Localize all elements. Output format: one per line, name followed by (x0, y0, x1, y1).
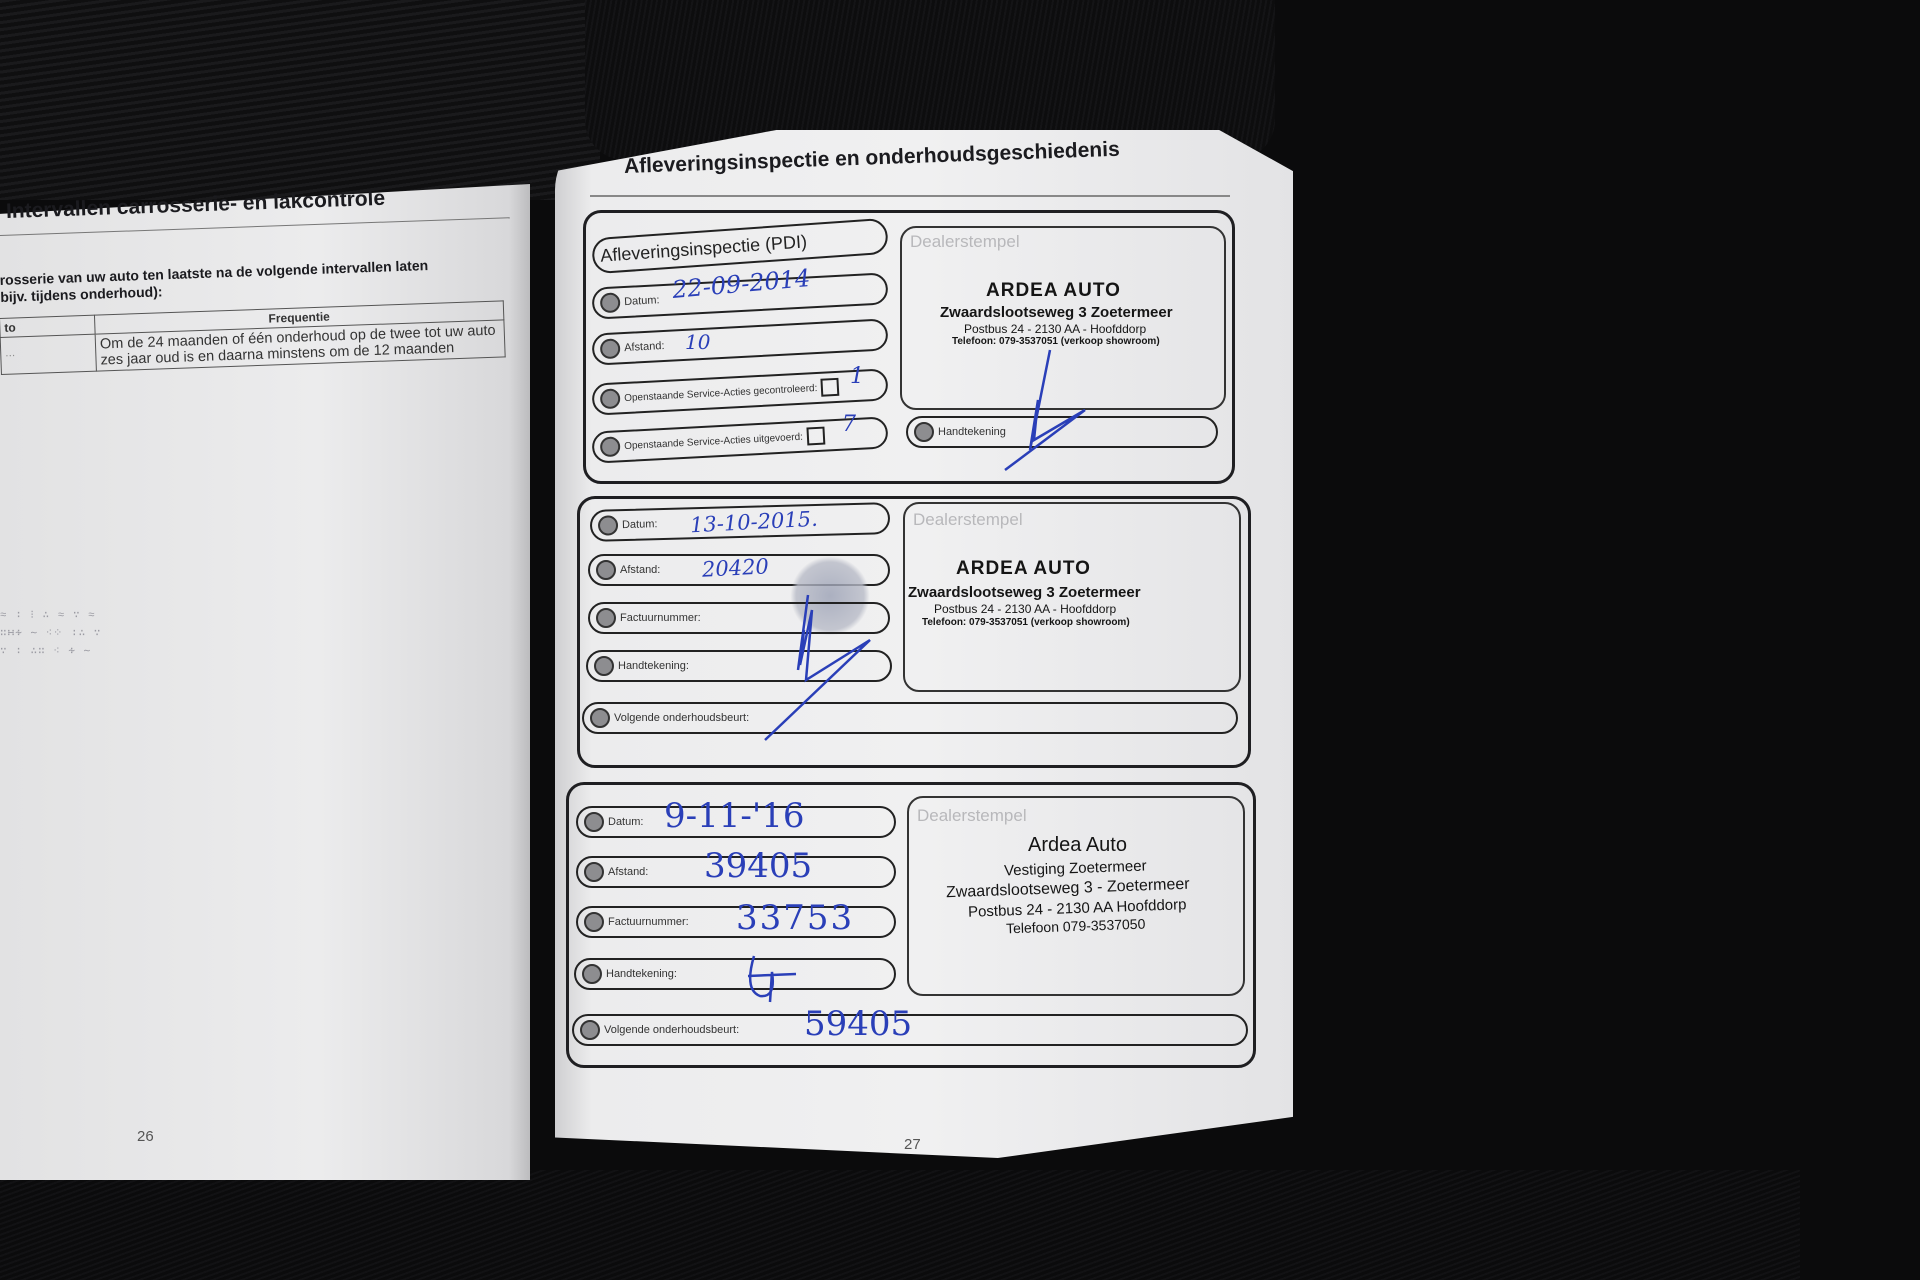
stamp-dealer-name: Ardea Auto (1028, 834, 1127, 857)
field-label: Afstand: (620, 564, 660, 576)
field-label: Afstand: (624, 340, 665, 354)
service2-signature-field[interactable]: Handtekening: (574, 958, 896, 990)
bullet-icon (914, 422, 934, 442)
handwritten-date: 9-11-'16 (664, 796, 804, 836)
stamp-dealer-name: ARDEA AUTO (986, 280, 1121, 302)
signature-scribble (760, 590, 900, 750)
field-label: Datum: (622, 518, 658, 531)
stamp-postbus: Postbus 24 - 2130 AA - Hoofddorp (964, 322, 1146, 336)
bullet-icon (596, 560, 616, 580)
divider (590, 195, 1230, 197)
bullet-icon (598, 515, 619, 536)
field-label: Factuurnummer: (620, 612, 701, 624)
page-number: 27 (904, 1136, 921, 1153)
bullet-icon (580, 1020, 600, 1040)
bullet-icon (600, 292, 621, 313)
bullet-icon (584, 812, 604, 832)
bullet-icon (600, 436, 621, 457)
ink-transfer-smudge: ∷∺∻ ∼ ⁖⁘ ∶∴ ∵ (0, 626, 101, 640)
signature-scribble (740, 950, 800, 1006)
field-label: Datum: (624, 294, 660, 308)
signature-scribble (990, 340, 1090, 480)
field-label: Handtekening: (606, 968, 677, 980)
stamp-address: Zwaardslootseweg 3 Zoetermeer (908, 584, 1141, 601)
field-label: Openstaande Service-Acties gecontroleerd… (624, 382, 818, 403)
bullet-icon (584, 912, 604, 932)
handwritten-next-service: 59405 (804, 1004, 912, 1044)
stamp-phone: Telefoon: 079-3537051 (verkoop showroom) (922, 617, 1130, 628)
field-label: Factuurnummer: (608, 916, 689, 928)
ink-transfer-smudge: ≈ ∶ ⁝ ∴ ≈ ∵ ≈ (0, 608, 96, 622)
field-label: Handtekening: (618, 660, 689, 672)
handwritten-mark: 1 (850, 364, 864, 389)
bullet-icon (584, 862, 604, 882)
bullet-icon (596, 608, 616, 628)
bullet-icon (600, 388, 621, 409)
table-cell-smudged: ⋯ (0, 334, 96, 374)
field-label: Afstand: (608, 866, 648, 878)
bullet-icon (590, 708, 610, 728)
seat-fabric (0, 0, 600, 200)
handwritten-distance: 39405 (704, 846, 812, 886)
field-label: Datum: (608, 816, 643, 828)
stamp-label: Dealerstempel (913, 510, 1023, 530)
handwritten-distance: 10 (685, 330, 710, 354)
stamp-label: Dealerstempel (910, 232, 1020, 252)
service1-next-service-field[interactable]: Volgende onderhoudsbeurt: (582, 702, 1238, 734)
field-label: Openstaande Service-Acties uitgevoerd: (624, 431, 803, 451)
seat-fabric (0, 1170, 1800, 1280)
stamp-dealer-name: ARDEA AUTO (956, 558, 1091, 580)
ink-transfer-smudge: ∵ ∶ ∴∷ ⁖ ∻ ∼ (0, 644, 91, 658)
handwritten-invoice-number: 33753 (736, 898, 854, 938)
page-number: 26 (137, 1128, 154, 1145)
bullet-icon (594, 656, 614, 676)
stamp-postbus: Postbus 24 - 2130 AA - Hoofddorp (934, 602, 1116, 616)
field-label: Volgende onderhoudsbeurt: (604, 1024, 739, 1036)
checkbox[interactable] (821, 378, 840, 397)
bullet-icon (600, 338, 621, 359)
stamp-label: Dealerstempel (917, 806, 1027, 826)
stamp-address: Zwaardslootseweg 3 Zoetermeer (940, 304, 1173, 321)
handwritten-distance: 20420 (701, 554, 769, 581)
pdi-heading-label: Afleveringsinspectie (PDI) (600, 231, 808, 266)
checkbox[interactable] (806, 427, 825, 446)
field-label: Volgende onderhoudsbeurt: (614, 712, 749, 724)
handwritten-mark: 7 (842, 412, 856, 437)
bullet-icon (582, 964, 602, 984)
